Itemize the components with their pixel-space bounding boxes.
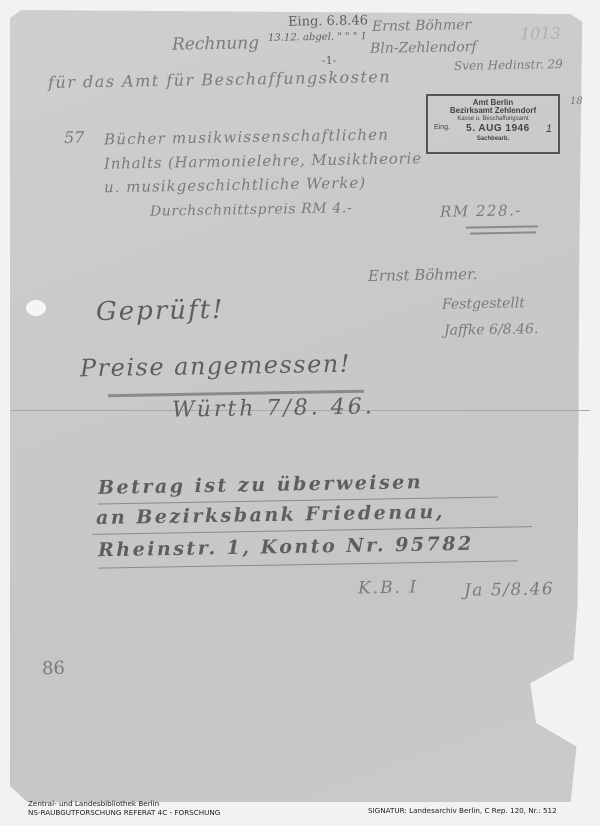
prices-note: Preise angemessen! bbox=[80, 350, 351, 383]
signer-name: Ernst Böhmer. bbox=[368, 265, 478, 285]
footer-signature: SIGNATUR: Landesarchiv Berlin, C Rep. 12… bbox=[368, 807, 557, 816]
sender-name: Ernst Böhmer bbox=[372, 17, 471, 35]
punch-hole bbox=[26, 300, 46, 316]
stamp-mark: 1 bbox=[546, 124, 552, 136]
item-quantity: 57 bbox=[64, 128, 85, 147]
institution-line2: NS-RAUBGUTFORSCHUNG REFERAT 4C - FORSCHU… bbox=[28, 809, 220, 818]
title-annotation: 13.12. abgel. " " " 1 bbox=[268, 31, 367, 44]
invoice-title: Rechnung bbox=[172, 33, 259, 55]
footer-institution: Zentral- und Landesbibliothek Berlin NS-… bbox=[28, 800, 220, 817]
stamp-label: Eing. bbox=[434, 124, 450, 136]
page-number: -1- bbox=[322, 54, 337, 67]
stamp-margin-note: 18 bbox=[570, 96, 583, 107]
item-total: RM 228.- bbox=[440, 201, 522, 220]
archive-number: 1013 bbox=[520, 24, 561, 44]
approval-code: K.B. I bbox=[358, 577, 418, 598]
verified-label: Festgestellt bbox=[442, 295, 525, 312]
approval-initials: Ja 5/8.46 bbox=[464, 579, 555, 601]
folio-number: 86 bbox=[42, 658, 65, 679]
entry-note: Eing. 6.8.46 bbox=[288, 13, 368, 29]
checked-note: Geprüft! bbox=[96, 295, 225, 327]
stamp-line5: Sachbearb. bbox=[428, 136, 558, 142]
verified-by: Jaffke 6/8.46. bbox=[444, 321, 539, 339]
stamp-date: 5. AUG 1946 bbox=[466, 124, 530, 136]
stamp-line2: Bezirksamt Zehlendorf bbox=[428, 107, 558, 115]
sender-street: Sven Hedinstr. 29 bbox=[454, 57, 563, 73]
reviewer-signature: Würth 7/8. 46. bbox=[172, 394, 375, 423]
sender-town: Bln-Zehlendorf bbox=[370, 39, 477, 57]
stamp-line3: Kasse u. Beschaffungsamt bbox=[428, 116, 558, 122]
receipt-stamp: Amt Berlin Bezirksamt Zehlendorf Kasse u… bbox=[426, 94, 560, 154]
